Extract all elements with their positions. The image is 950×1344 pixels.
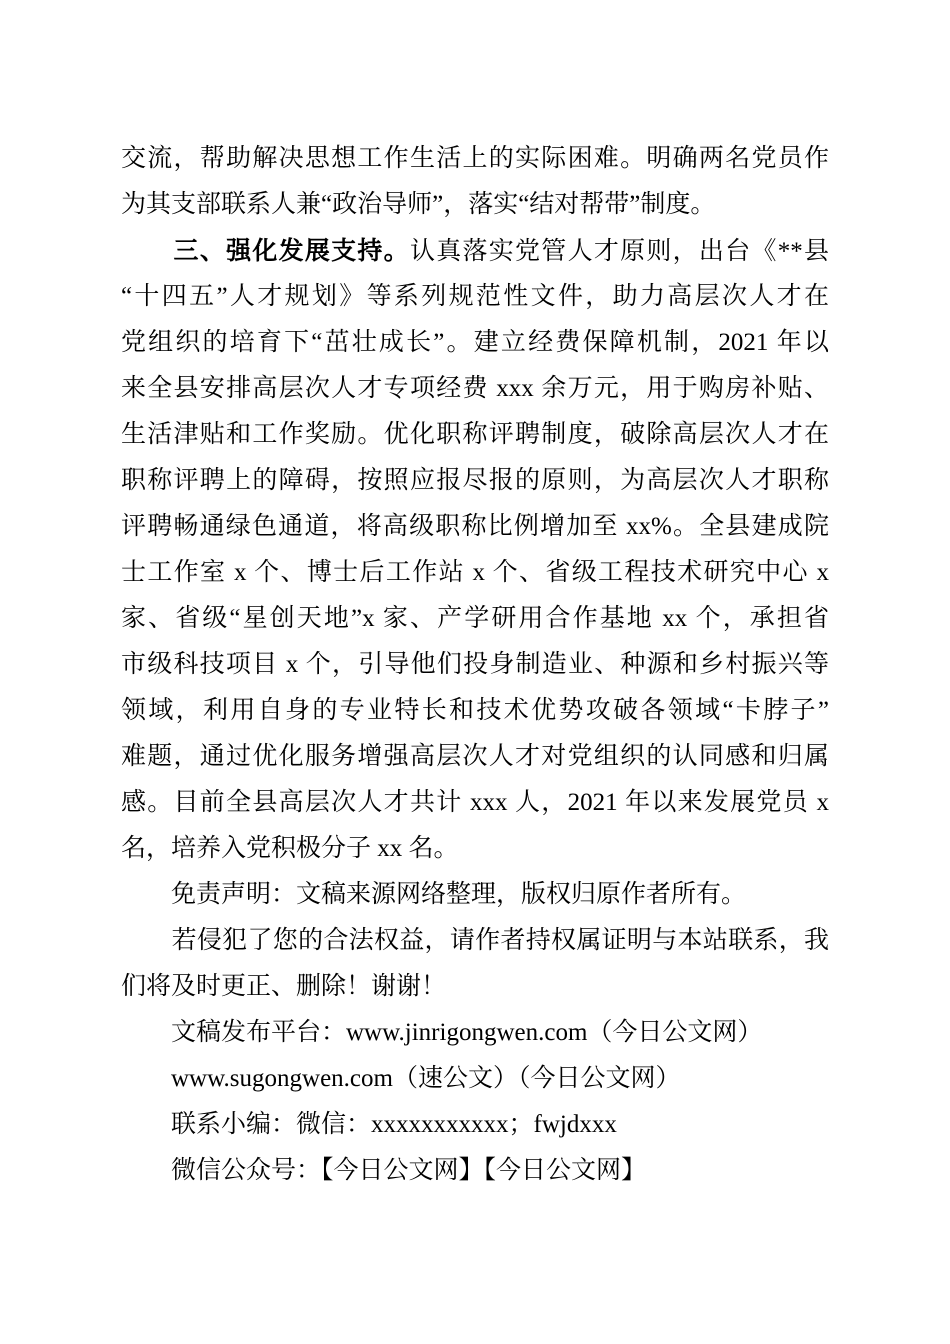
text-segment: 难题，通过优化服务增强高层次人才对党组织的认同感和归属 bbox=[121, 743, 829, 770]
text-line: 党组织的培育下“茁壮成长”。建立经费保障机制，2021 年以 bbox=[121, 320, 829, 366]
text-segment: 感。目前全县高层次人才共计 xxx 人，2021 年以来发展党员 x bbox=[121, 789, 829, 816]
text-segment: 若侵犯了您的合法权益，请作者持权属证明与本站联系，我 bbox=[121, 927, 829, 954]
paragraph-section-three: 三、强化发展支持。认真落实党管人才原则，出台《**县“十四五”人才规划》等系列规… bbox=[121, 228, 829, 872]
text-segment: 党组织的培育下“茁壮成长”。建立经费保障机制，2021 年以 bbox=[121, 329, 829, 356]
text-segment: 士工作室 x 个、博士后工作站 x 个、省级工程技术研究中心 x bbox=[121, 559, 829, 586]
text-segment: www.sugongwen.com（速公文）（今日公文网） bbox=[121, 1065, 680, 1092]
text-segment: 领域，利用自身的专业特长和技术优势攻破各领域“卡脖子” bbox=[121, 697, 829, 724]
text-segment: 交流，帮助解决思想工作生活上的实际困难。明确两名党员作 bbox=[121, 145, 829, 172]
text-segment: 们将及时更正、删除！谢谢！ bbox=[121, 973, 446, 1000]
text-line: 家、省级“星创天地”x 家、产学研用合作基地 xx 个，承担省 bbox=[121, 596, 829, 642]
text-line: 来全县安排高层次人才专项经费 xxx 余万元，用于购房补贴、 bbox=[121, 366, 829, 412]
text-line: 生活津贴和工作奖励。优化职称评聘制度，破除高层次人才在 bbox=[121, 412, 829, 458]
text-segment: 微信公众号：【今日公文网】【今日公文网】 bbox=[121, 1157, 646, 1184]
text-line: 文稿发布平台：www.jinrigongwen.com（今日公文网） bbox=[121, 1010, 829, 1056]
text-line: “十四五”人才规划》等系列规范性文件，助力高层次人才在 bbox=[121, 274, 829, 320]
text-line: 三、强化发展支持。认真落实党管人才原则，出台《**县 bbox=[121, 228, 829, 274]
text-line: 若侵犯了您的合法权益，请作者持权属证明与本站联系，我 bbox=[121, 918, 829, 964]
text-segment: 为其支部联系人兼“政治导师”，落实“结对帮带”制度。 bbox=[121, 191, 715, 218]
text-segment: 职称评聘上的障碍，按照应报尽报的原则，为高层次人才职称 bbox=[121, 467, 829, 494]
text-segment: 认真落实党管人才原则，出台《**县 bbox=[410, 238, 829, 265]
text-line: 感。目前全县高层次人才共计 xxx 人，2021 年以来发展党员 x bbox=[121, 780, 829, 826]
text-segment: 家、省级“星创天地”x 家、产学研用合作基地 xx 个，承担省 bbox=[121, 605, 829, 632]
paragraph-disclaimer-source: 免责声明：文稿来源网络整理，版权归原作者所有。 bbox=[121, 872, 829, 918]
text-line: 领域，利用自身的专业特长和技术优势攻破各领域“卡脖子” bbox=[121, 688, 829, 734]
text-line: 免责声明：文稿来源网络整理，版权归原作者所有。 bbox=[121, 872, 829, 918]
text-line: 微信公众号：【今日公文网】【今日公文网】 bbox=[121, 1148, 829, 1194]
document-page: 交流，帮助解决思想工作生活上的实际困难。明确两名党员作为其支部联系人兼“政治导师… bbox=[0, 0, 950, 1344]
text-segment: 名，培养入党积极分子 xx 名。 bbox=[121, 835, 459, 862]
text-line: 市级科技项目 x 个，引导他们投身制造业、种源和乡村振兴等 bbox=[121, 642, 829, 688]
text-segment: 评聘畅通绿色通道，将高级职称比例增加至 xx%。全县建成院 bbox=[121, 513, 829, 540]
text-line: 名，培养入党积极分子 xx 名。 bbox=[121, 826, 829, 872]
text-segment bbox=[121, 238, 174, 265]
text-line: 为其支部联系人兼“政治导师”，落实“结对帮带”制度。 bbox=[121, 182, 829, 228]
text-segment: “十四五”人才规划》等系列规范性文件，助力高层次人才在 bbox=[121, 283, 829, 310]
text-line: 联系小编：微信：xxxxxxxxxxx；fwjdxxx bbox=[121, 1102, 829, 1148]
text-line: 士工作室 x 个、博士后工作站 x 个、省级工程技术研究中心 x bbox=[121, 550, 829, 596]
text-line: www.sugongwen.com（速公文）（今日公文网） bbox=[121, 1056, 829, 1102]
paragraph-publish-platform-2: www.sugongwen.com（速公文）（今日公文网） bbox=[121, 1056, 829, 1102]
text-line: 评聘畅通绿色通道，将高级职称比例增加至 xx%。全县建成院 bbox=[121, 504, 829, 550]
text-segment: 联系小编：微信：xxxxxxxxxxx；fwjdxxx bbox=[121, 1111, 617, 1138]
text-line: 交流，帮助解决思想工作生活上的实际困难。明确两名党员作 bbox=[121, 136, 829, 182]
section-heading-text: 三、强化发展支持。 bbox=[174, 237, 410, 265]
text-segment: 文稿发布平台：www.jinrigongwen.com（今日公文网） bbox=[121, 1019, 762, 1046]
paragraph-carryover-paragraph: 交流，帮助解决思想工作生活上的实际困难。明确两名党员作为其支部联系人兼“政治导师… bbox=[121, 136, 829, 228]
text-segment: 来全县安排高层次人才专项经费 xxx 余万元，用于购房补贴、 bbox=[121, 375, 829, 402]
paragraph-wechat-official-account: 微信公众号：【今日公文网】【今日公文网】 bbox=[121, 1148, 829, 1194]
text-segment: 生活津贴和工作奖励。优化职称评聘制度，破除高层次人才在 bbox=[121, 421, 829, 448]
paragraph-contact-editor: 联系小编：微信：xxxxxxxxxxx；fwjdxxx bbox=[121, 1102, 829, 1148]
text-line: 职称评聘上的障碍，按照应报尽报的原则，为高层次人才职称 bbox=[121, 458, 829, 504]
paragraph-disclaimer-rights: 若侵犯了您的合法权益，请作者持权属证明与本站联系，我们将及时更正、删除！谢谢！ bbox=[121, 918, 829, 1010]
text-segment: 市级科技项目 x 个，引导他们投身制造业、种源和乡村振兴等 bbox=[121, 651, 829, 678]
text-segment: 免责声明：文稿来源网络整理，版权归原作者所有。 bbox=[121, 881, 746, 908]
paragraph-publish-platform: 文稿发布平台：www.jinrigongwen.com（今日公文网） bbox=[121, 1010, 829, 1056]
text-line: 们将及时更正、删除！谢谢！ bbox=[121, 964, 829, 1010]
text-line: 难题，通过优化服务增强高层次人才对党组织的认同感和归属 bbox=[121, 734, 829, 780]
